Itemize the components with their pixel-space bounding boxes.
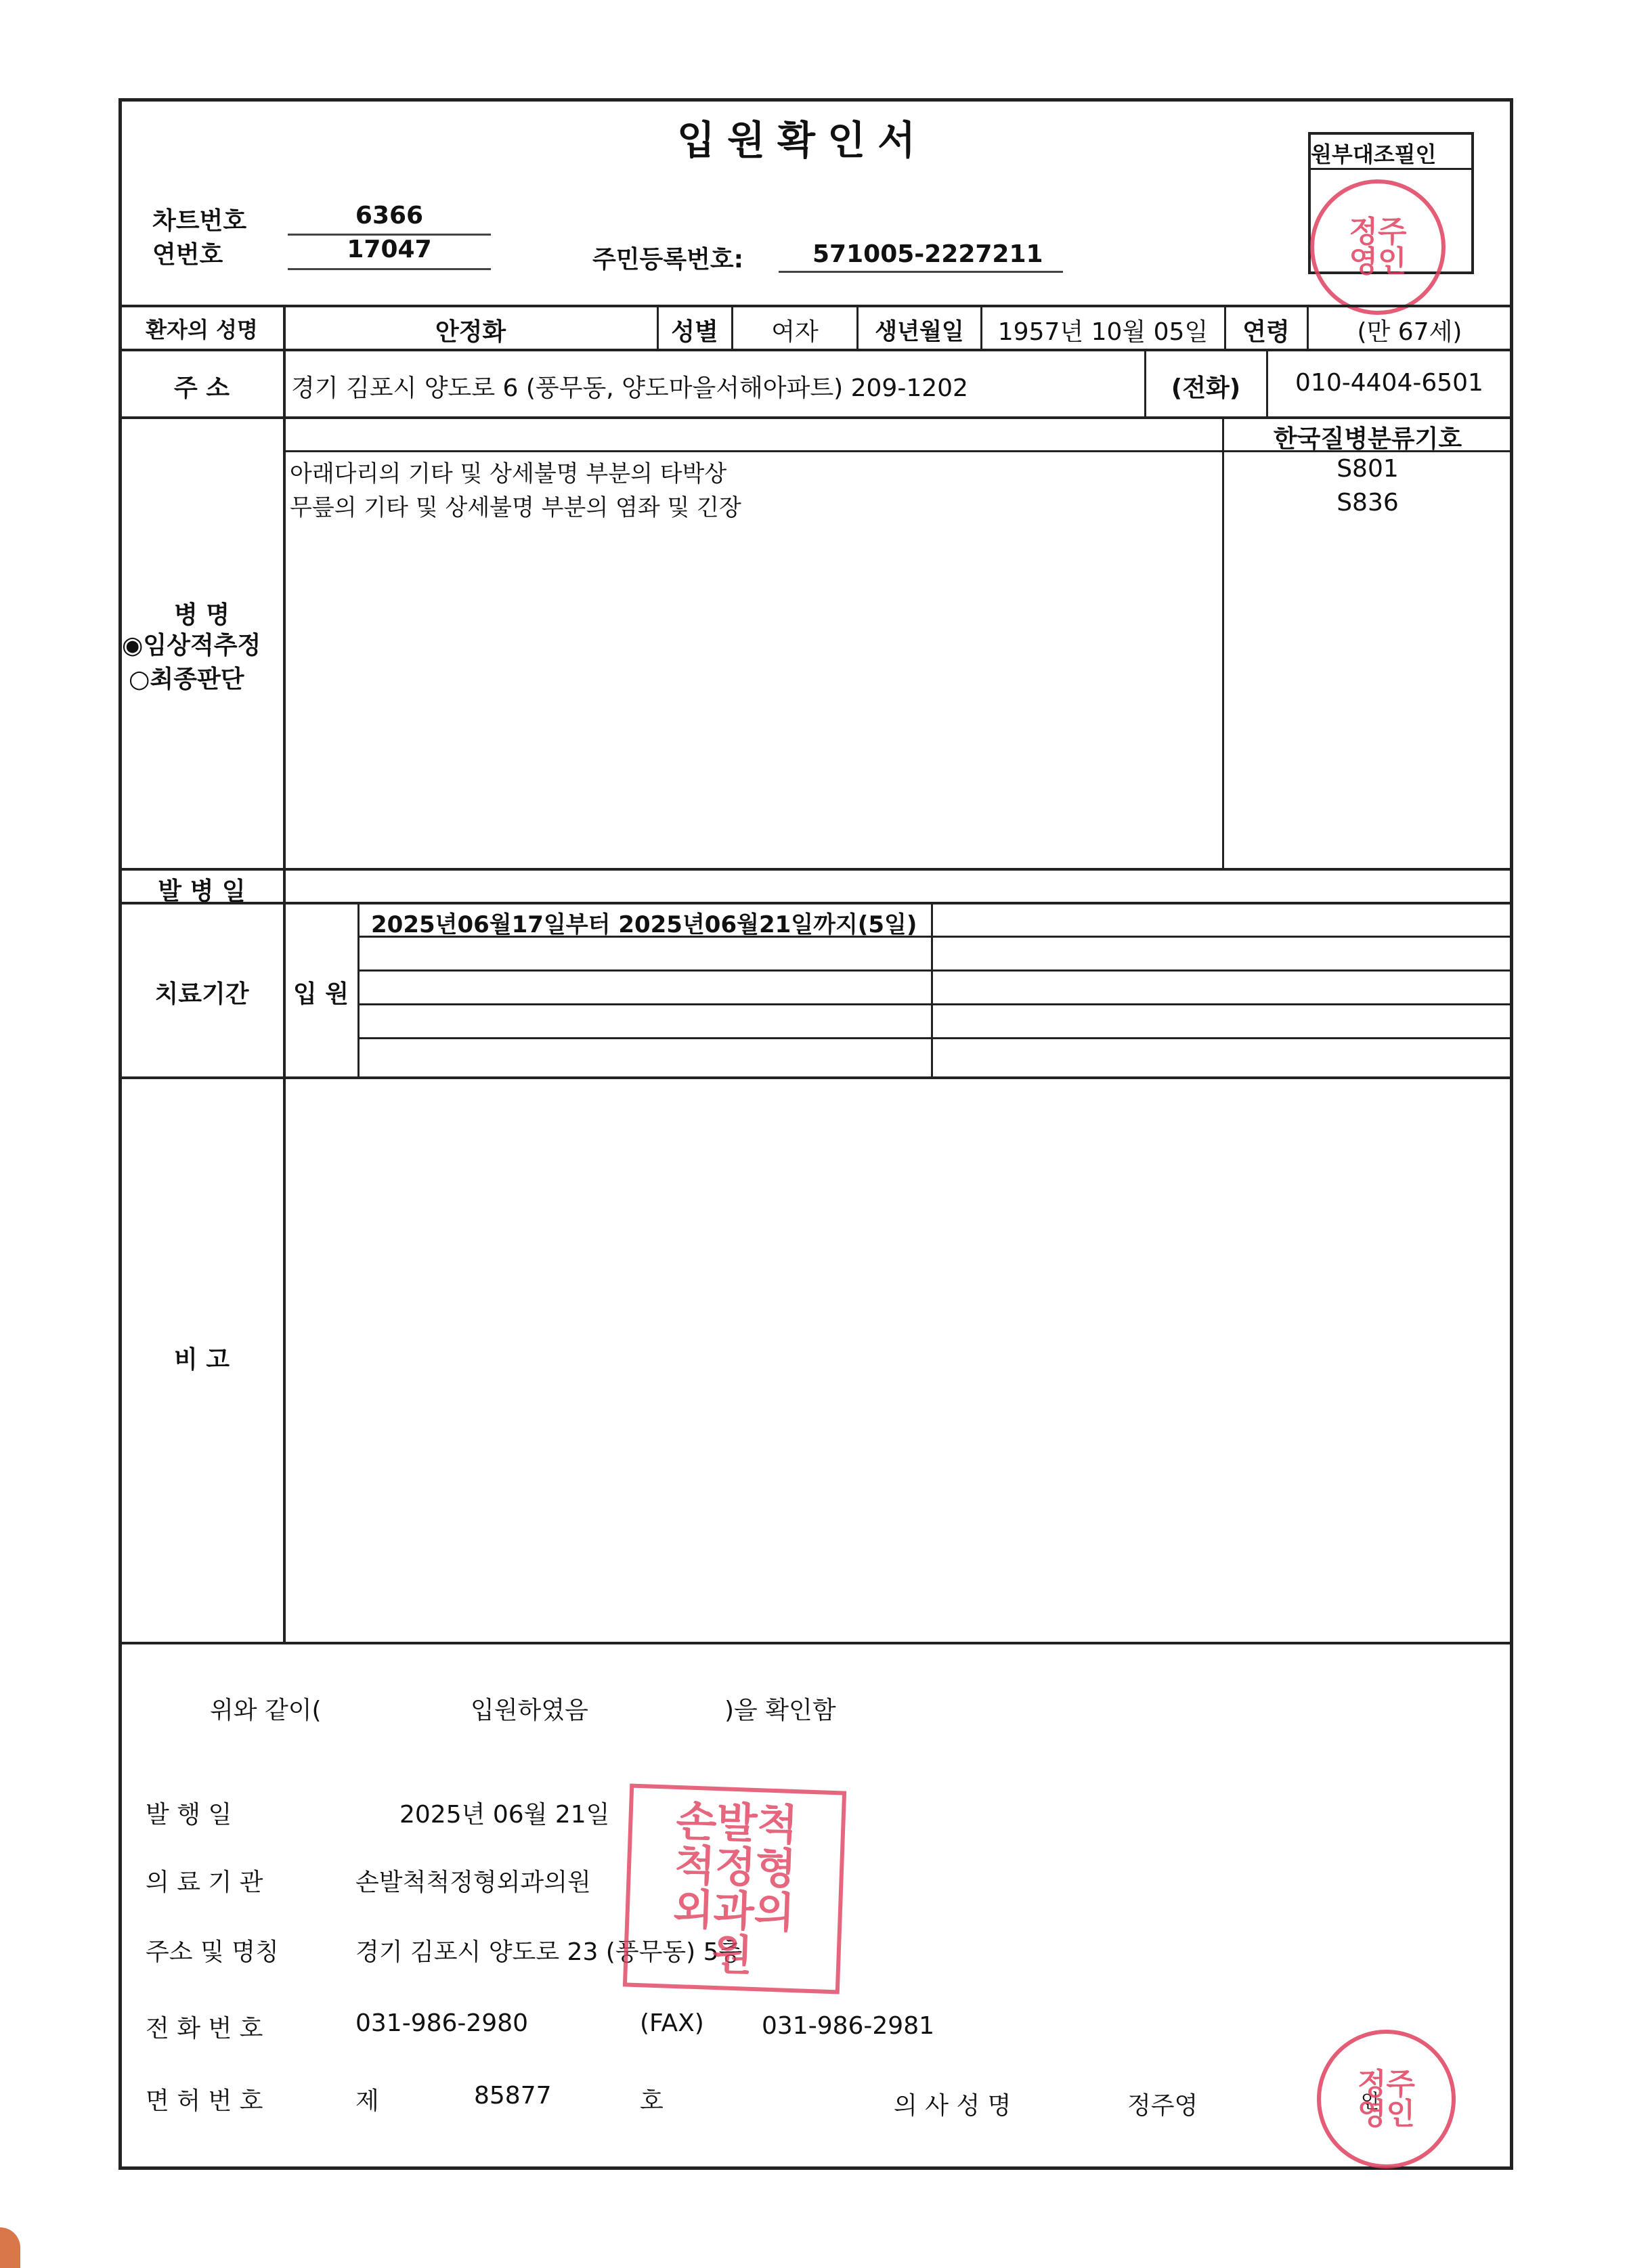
- seal-text: 손발척척정형외과의원: [661, 1798, 809, 1980]
- disease-code-header: 한국질병분류기호: [1225, 420, 1510, 454]
- resident-id-underline: [779, 271, 1063, 273]
- address: 경기 김포시 양도로 6 (풍무동, 양도마을서해아파트) 209-1202: [291, 369, 968, 404]
- age: (만 67세): [1309, 313, 1510, 347]
- radio-empty-icon: ○: [129, 666, 150, 693]
- diagnosis-item: 아래다리의 기타 및 상세불명 부분의 타박상: [290, 455, 726, 488]
- doctor-seal-stamp-bottom: 정주영인: [1317, 2030, 1456, 2168]
- phone-label: (전화): [1147, 369, 1265, 404]
- diagnosis-item: 무릎의 기타 및 상세불명 부분의 염좌 및 긴장: [290, 489, 741, 522]
- doctor-name-label: 의 사 성 명: [894, 2087, 1011, 2121]
- fax-label: (FAX): [640, 2009, 704, 2037]
- serial-number-label: 연번호: [152, 236, 223, 270]
- chart-number-label: 차트번호: [152, 202, 246, 236]
- license-prefix: 제: [355, 2082, 379, 2116]
- sex: 여자: [734, 313, 856, 347]
- diagnosis-option-clinical[interactable]: ◉임상적추정: [122, 626, 261, 661]
- age-label: 연령: [1227, 313, 1305, 347]
- patient-name: 안정화: [286, 313, 655, 347]
- treatment-row: 2025년06월17일부터 2025년06월21일까지(5일): [371, 906, 917, 939]
- chart-number: 6366: [288, 202, 491, 230]
- onset-label: 발 병 일: [122, 872, 282, 907]
- fax-number: 031-986-2981: [762, 2012, 934, 2040]
- license-number: 85877: [474, 2082, 552, 2110]
- diagnosis-code: S836: [1225, 489, 1510, 517]
- resident-id-label: 주민등록번호:: [592, 240, 743, 275]
- institution-label: 의 료 기 관: [146, 1863, 263, 1898]
- confirmation-prefix: 위와 같이(: [210, 1691, 322, 1726]
- license-label: 면 허 번 호: [146, 2082, 263, 2116]
- patient-name-label: 환자의 성명: [122, 313, 282, 344]
- confirmation-middle: 입원하였음: [471, 1691, 588, 1726]
- issue-date-label: 발 행 일: [146, 1795, 232, 1830]
- institution-address-label: 주소 및 명칭: [146, 1933, 279, 1967]
- seal-text: 정주영인: [1344, 217, 1412, 277]
- serial-number-underline: [288, 268, 491, 270]
- background-edge: [0, 2227, 20, 2268]
- radio-selected-icon: ◉: [122, 632, 143, 659]
- diagnosis-label: 병 명: [122, 596, 282, 630]
- phone: 010-4404-6501: [1269, 369, 1510, 397]
- clinic-seal-stamp: 손발척척정형외과의원: [623, 1784, 846, 1994]
- remarks-label: 비 고: [122, 1340, 282, 1375]
- serial-number: 17047: [288, 236, 491, 263]
- doctor-seal-stamp-top: 정주영인: [1310, 179, 1446, 315]
- seal-text: 정주영인: [1353, 2070, 1420, 2129]
- verification-stamp-label: 원부대조필인: [1311, 137, 1436, 169]
- institution-name: 손발척척정형외과의원: [355, 1863, 591, 1898]
- sex-label: 성별: [659, 313, 730, 347]
- diagnosis-code: S801: [1225, 455, 1510, 483]
- document-title: 입원확인서: [677, 108, 928, 165]
- resident-id: 571005-2227211: [812, 240, 1043, 268]
- institution-phone: 031-986-2980: [355, 2009, 528, 2037]
- diagnosis-option-final[interactable]: ○최종판단: [129, 660, 244, 695]
- doctor-name: 정주영: [1127, 2087, 1198, 2121]
- dob: 1957년 10월 05일: [983, 313, 1223, 347]
- confirmation-suffix: )을 확인함: [724, 1691, 836, 1726]
- issue-date: 2025년 06월 21일: [399, 1795, 609, 1830]
- dob-label: 생년월일: [860, 313, 979, 346]
- institution-phone-label: 전 화 번 호: [146, 2009, 263, 2044]
- license-suffix: 호: [640, 2082, 664, 2116]
- treatment-period-label: 치료기간: [122, 975, 282, 1009]
- address-label: 주 소: [122, 369, 282, 404]
- treatment-type-label: 입 원: [286, 975, 356, 1009]
